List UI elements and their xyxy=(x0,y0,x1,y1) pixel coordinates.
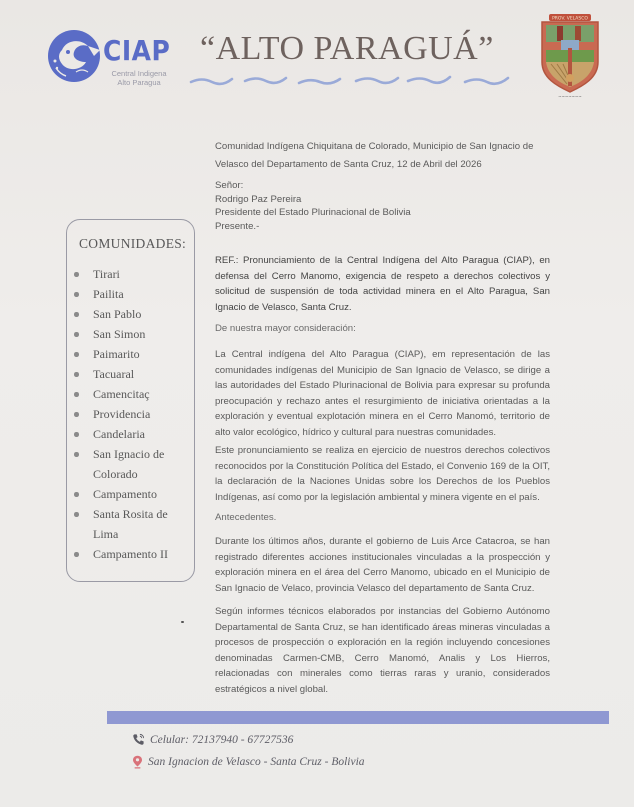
list-item: San Simon xyxy=(73,324,191,344)
presente: Presente.- xyxy=(215,220,411,234)
reference: REF.: Pronunciamiento de la Central Indí… xyxy=(215,253,550,315)
paragraph-2: Este pronunciamiento se realiza en ejerc… xyxy=(215,443,550,505)
footer-address: San Ignacion de Velasco - Santa Cruz - B… xyxy=(132,755,365,769)
footer-phone: Celular: 72137940 - 67727536 xyxy=(132,733,293,746)
list-item: Providencia xyxy=(73,404,191,424)
list-item: Camencitaç xyxy=(73,384,191,404)
bullet-icon xyxy=(74,332,79,337)
bullet-icon xyxy=(74,312,79,317)
ciap-logo: CIAP Central Indigena Alto Paragua xyxy=(46,28,176,90)
municipal-coat-of-arms-icon: PROV. VELASCO ~~~~~~~ xyxy=(537,12,603,100)
logo-subtitle: Central Indigena Alto Paragua xyxy=(104,69,174,87)
wave-divider-icon xyxy=(188,70,513,90)
phone-text: Celular: 72137940 - 67727536 xyxy=(150,734,293,746)
bullet-icon xyxy=(74,272,79,277)
letter-page: CIAP Central Indigena Alto Paragua “ALTO… xyxy=(0,0,634,807)
list-item: Candelaria xyxy=(73,424,191,444)
list-item: San Pablo xyxy=(73,304,191,324)
letterhead-title: “ALTO PARAGUÁ” xyxy=(200,30,500,68)
bullet-icon xyxy=(74,492,79,497)
logo-subtitle-line-1: Central Indigena xyxy=(104,69,174,78)
footer-bar xyxy=(107,711,609,724)
paragraph-3: Durante los últimos años, durante el gob… xyxy=(215,534,550,596)
bullet-icon xyxy=(74,392,79,397)
bullet-icon xyxy=(74,552,79,557)
list-item: Campamento xyxy=(73,484,191,504)
ink-speck xyxy=(181,621,184,623)
bullet-icon xyxy=(74,352,79,357)
addressee-block: Señor: Rodrigo Paz Pereira Presidente de… xyxy=(215,179,411,233)
logo-subtitle-line-2: Alto Paragua xyxy=(104,78,174,87)
list-item: Paimarito xyxy=(73,344,191,364)
list-item: Santa Rosita de Lima xyxy=(73,504,191,544)
list-item: San Ignacio de Colorado xyxy=(73,444,191,484)
paragraph-4: Según informes técnicos elaborados por i… xyxy=(215,604,550,698)
communities-box: COMUNIDADES: Tirari Pailita San Pablo Sa… xyxy=(66,219,195,582)
phone-icon xyxy=(132,733,145,746)
paragraph-1: La Central indígena del Alto Paragua (CI… xyxy=(215,347,550,441)
greeting: De nuestra mayor consideración: xyxy=(215,323,356,334)
bullet-icon xyxy=(74,452,79,457)
communities-heading: COMUNIDADES: xyxy=(79,236,186,252)
bullet-icon xyxy=(74,512,79,517)
list-item: Campamento II xyxy=(73,544,191,564)
ciap-circle-emblem-icon xyxy=(46,28,102,84)
list-item: Pailita xyxy=(73,284,191,304)
list-item: Tacuaral xyxy=(73,364,191,384)
svg-text:~~~~~~~: ~~~~~~~ xyxy=(558,94,581,99)
section-heading: Antecedentes. xyxy=(215,512,276,523)
bullet-icon xyxy=(74,372,79,377)
crest-banner: PROV. VELASCO xyxy=(552,16,588,22)
bullet-icon xyxy=(74,432,79,437)
location-pin-icon xyxy=(132,755,143,769)
salutation: Señor: xyxy=(215,179,411,193)
list-item: Tirari xyxy=(73,264,191,284)
logo-acronym: CIAP xyxy=(103,35,170,67)
place-date: Comunidad Indígena Chiquitana de Colorad… xyxy=(215,138,550,174)
recipient-title: Presidente del Estado Plurinacional de B… xyxy=(215,206,411,220)
address-text: San Ignacion de Velasco - Santa Cruz - B… xyxy=(148,756,365,768)
bullet-icon xyxy=(74,292,79,297)
bullet-icon xyxy=(74,412,79,417)
recipient-name: Rodrigo Paz Pereira xyxy=(215,193,411,207)
communities-list: Tirari Pailita San Pablo San Simon Paima… xyxy=(73,264,191,564)
